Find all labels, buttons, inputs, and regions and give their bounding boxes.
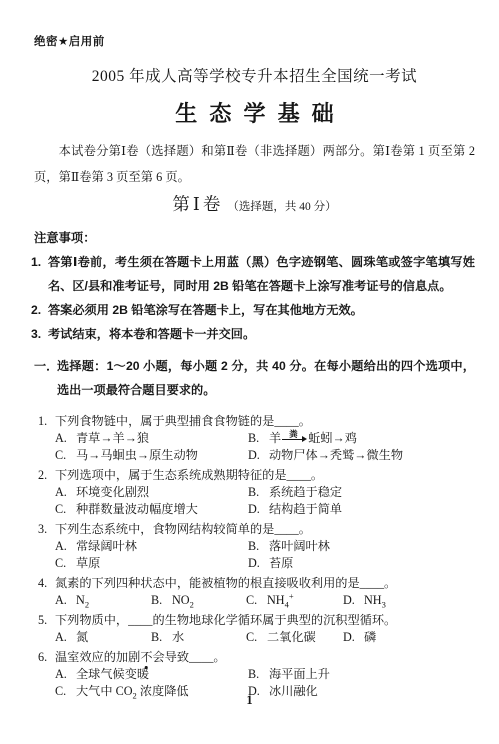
option-c: C. 马→马蛔虫→原生动物 (55, 447, 248, 464)
option-a: A. 全球气候变暖 (55, 666, 248, 683)
chem-formula: NO2 (172, 592, 194, 609)
emphasized-char: 不 (140, 649, 152, 666)
note-number: 2. (31, 298, 48, 322)
option-c: C. NH4+ (246, 592, 343, 609)
exam-paper-page: 绝密★启用前 2005 年成人高等学校专升本招生全国统一考试 生态学基础 本试卷… (0, 0, 499, 744)
question-3: 3. 下列生态系统中，食物网结构较简单的是____。 A. 常绿阔叶林 B. 落… (34, 521, 475, 572)
note-number: 3. (31, 322, 48, 346)
option-a: A. 青草→羊→狼 (55, 430, 248, 447)
note-item-1: 1. 答第Ⅰ卷前，考生须在答题卡上用蓝（黑）色字迹钢笔、圆珠笔或签字笔填写姓名、… (34, 250, 475, 298)
option-c: C. 草原 (55, 555, 248, 572)
option-b: B. 海平面上升 (248, 666, 475, 683)
option-text: 羊粪蚯蚓→鸡 (269, 430, 357, 447)
option-b: B. 水 (151, 629, 246, 646)
option-d: D. 苔原 (248, 555, 475, 572)
part-number: 一． (34, 354, 57, 402)
option-d: D. 磷 (343, 629, 475, 646)
arrow-over-label: 粪 (289, 430, 298, 439)
option-b: B. NO2 (151, 592, 246, 609)
section-1-subtitle: （选择题，共 40 分） (227, 201, 336, 213)
option-d: D. 结构趋于简单 (248, 501, 475, 518)
arrow-head (302, 436, 307, 442)
note-text: 答案必须用 2B 铅笔涂写在答题卡上，写在其他地方无效。 (48, 298, 475, 322)
chem-formula: NH3 (364, 592, 386, 609)
note-item-3: 3. 考试结束，将本卷和答题卡一并交回。 (34, 322, 475, 346)
question-options: A. N2 B. NO2 C. NH4+ D. NH3 (55, 592, 475, 609)
question-number: 6. (38, 649, 55, 666)
option-d: D. NH3 (343, 592, 475, 609)
option-a: A. 常绿阔叶林 (55, 538, 248, 555)
question-stem: 2. 下列选项中，属于生态系统成熟期特征的是____。 (34, 467, 475, 484)
paper-structure-intro: 本试卷分第Ⅰ卷（选择题）和第Ⅱ卷（非选择题）两部分。第Ⅰ卷第 1 页至第 2 页… (34, 138, 475, 190)
note-text: 考试结束，将本卷和答题卡一并交回。 (48, 322, 475, 346)
option-a: A. 氮 (55, 629, 151, 646)
question-stem: 3. 下列生态系统中，食物网结构较简单的是____。 (34, 521, 475, 538)
arrow-line (282, 439, 303, 440)
part-1-instructions: 一． 选择题：1～20 小题，每小题 2 分，共 40 分。在每小题给出的四个选… (34, 354, 475, 402)
classification-banner: 绝密★启用前 (34, 36, 475, 49)
question-options: A. 氮 B. 水 C. 二氧化碳 D. 磷 (55, 629, 475, 646)
question-number: 2. (38, 467, 55, 484)
question-4: 4. 氮素的下列四种状态中，能被植物的根直接吸收利用的是____。 A. N2 … (34, 575, 475, 609)
part-text: 选择题：1～20 小题，每小题 2 分，共 40 分。在每小题给出的四个选项中，… (57, 354, 475, 402)
note-item-2: 2. 答案必须用 2B 铅笔涂写在答题卡上，写在其他地方无效。 (34, 298, 475, 322)
option-d: D. 动物尸体→秃鹫→微生物 (248, 447, 475, 464)
option-c: C. 种群数量波动幅度增大 (55, 501, 248, 518)
option-b: B. 落叶阔叶林 (248, 538, 475, 555)
option-b: B. 羊粪蚯蚓→鸡 (248, 430, 475, 447)
question-stem: 6. 温室效应的加剧不会导致____。 (34, 649, 475, 666)
option-c: C. 二氧化碳 (246, 629, 343, 646)
question-options: A. 青草→羊→狼 B. 羊粪蚯蚓→鸡 C. 马→马蛔虫→原生动物 D. 动物尸… (55, 430, 475, 464)
question-2: 2. 下列选项中，属于生态系统成熟期特征的是____。 A. 环境变化剧烈 B.… (34, 467, 475, 518)
question-1: 1. 下列食物链中，属于典型捕食食物链的是____。 A. 青草→羊→狼 B. … (34, 413, 475, 464)
option-a: A. N2 (55, 592, 151, 609)
question-stem-text: 温室效应的加剧不会导致____。 (55, 649, 475, 666)
question-5: 5. 下列物质中，____的生物地球化学循环属于典型的沉积型循环。 A. 氮 B… (34, 612, 475, 646)
chem-formula: NH4+ (267, 592, 294, 609)
notes-header: 注意事项： (34, 226, 475, 250)
question-stem: 1. 下列食物链中，属于典型捕食食物链的是____。 (34, 413, 475, 430)
question-stem: 4. 氮素的下列四种状态中，能被植物的根直接吸收利用的是____。 (34, 575, 475, 592)
question-number: 5. (38, 612, 55, 629)
question-number: 3. (38, 521, 55, 538)
question-options: A. 常绿阔叶林 B. 落叶阔叶林 C. 草原 D. 苔原 (55, 538, 475, 572)
exam-title: 2005 年成人高等学校专升本招生全国统一考试 (34, 68, 475, 86)
question-options: A. 环境变化剧烈 B. 系统趋于稳定 C. 种群数量波动幅度增大 D. 结构趋… (55, 484, 475, 518)
note-number: 1. (31, 250, 48, 298)
subject-title: 生态学基础 (34, 101, 475, 127)
section-1-title: 第Ⅰ卷 (172, 194, 223, 214)
labeled-arrow: 粪 (282, 437, 307, 442)
chem-formula: N2 (76, 592, 89, 609)
page-number: 1 (0, 693, 499, 708)
option-a: A. 环境变化剧烈 (55, 484, 248, 501)
question-list: 1. 下列食物链中，属于典型捕食食物链的是____。 A. 青草→羊→狼 B. … (34, 413, 475, 700)
question-stem: 5. 下列物质中，____的生物地球化学循环属于典型的沉积型循环。 (34, 612, 475, 629)
question-number: 1. (38, 413, 55, 430)
section-1-header: 第Ⅰ卷 （选择题，共 40 分） (34, 193, 475, 218)
question-number: 4. (38, 575, 55, 592)
note-text: 答第Ⅰ卷前，考生须在答题卡上用蓝（黑）色字迹钢笔、圆珠笔或签字笔填写姓名、区/县… (48, 250, 475, 298)
option-b: B. 系统趋于稳定 (248, 484, 475, 501)
